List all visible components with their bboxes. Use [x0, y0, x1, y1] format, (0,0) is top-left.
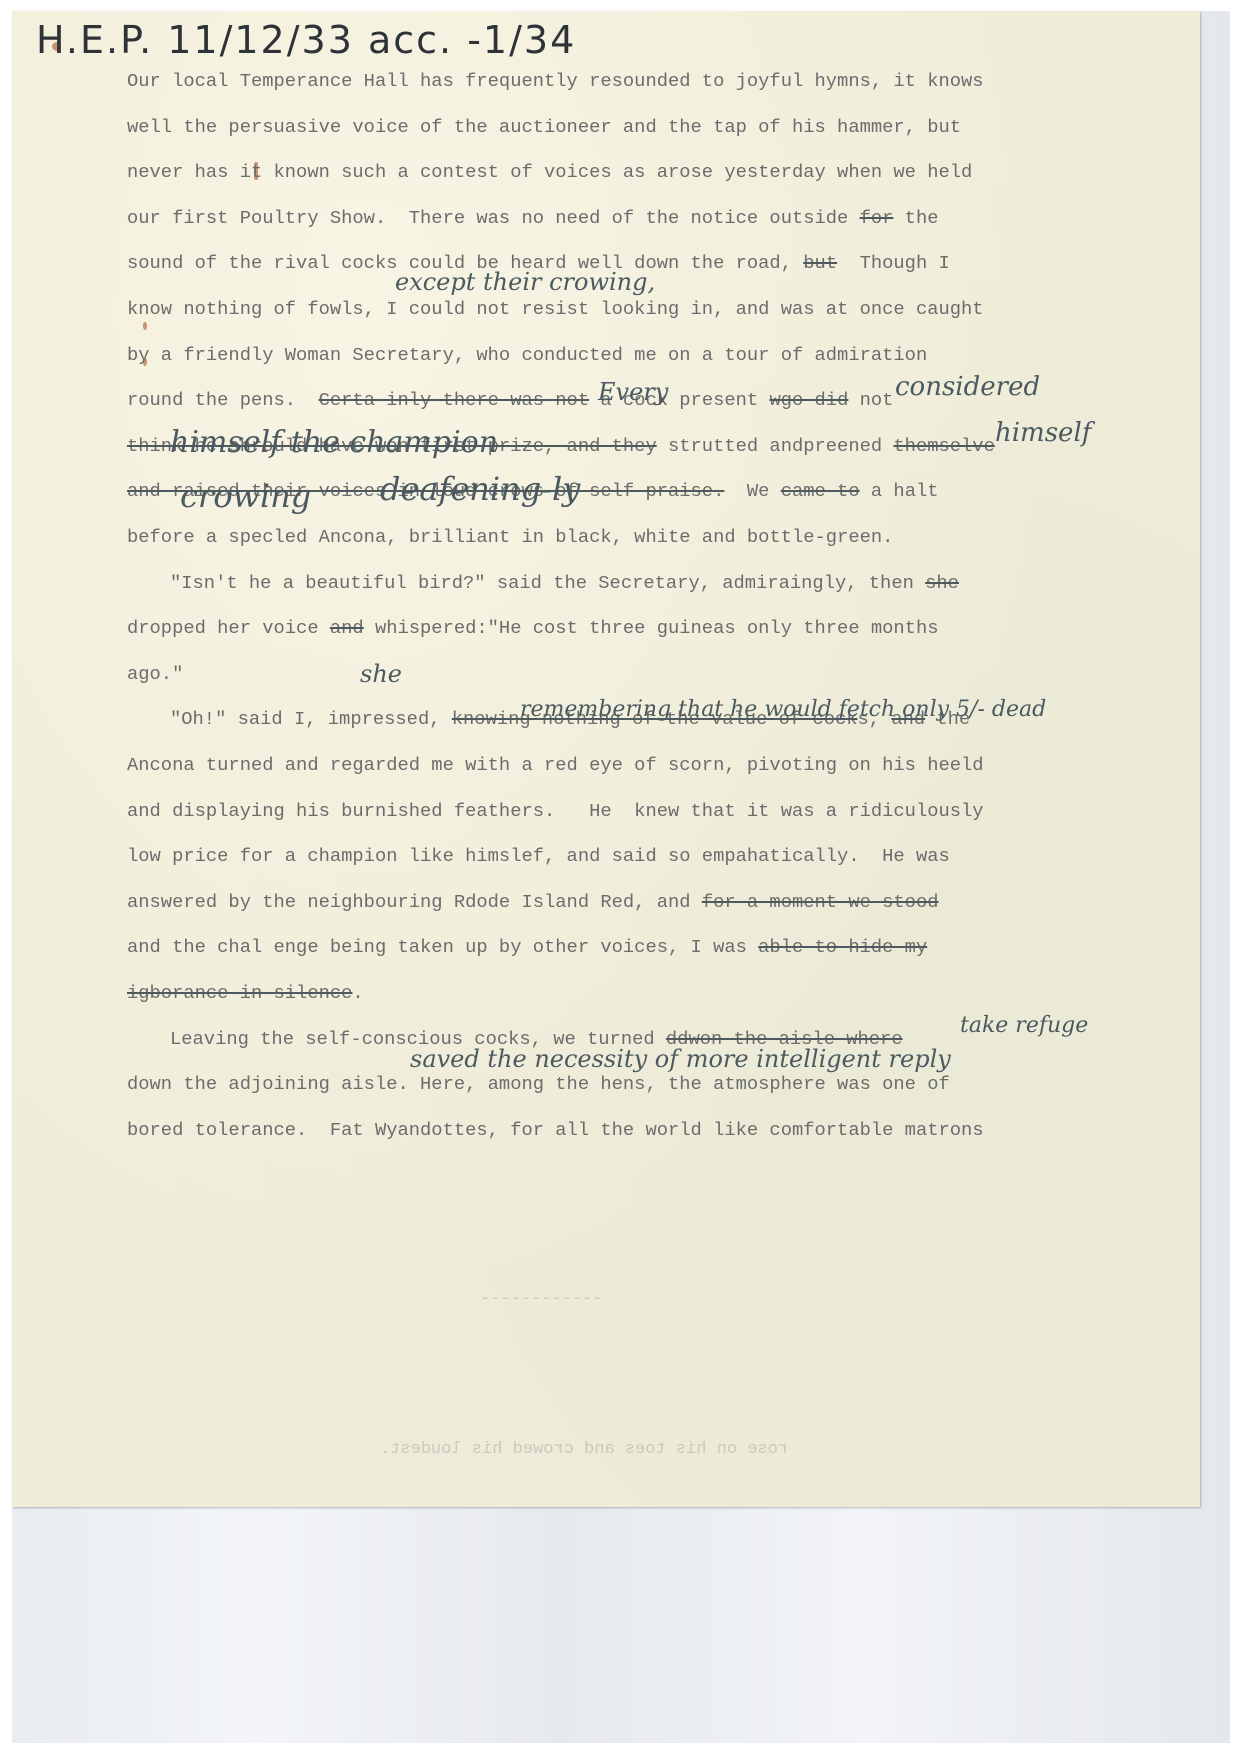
typed-text: . — [352, 982, 363, 1004]
typed-line: well the persuasive voice of the auction… — [127, 116, 961, 138]
typed-line: dropped her voice and whispered:"He cost… — [127, 617, 939, 639]
mirrored-bleed-line: rose on his toes and crowed his loudest. — [380, 1440, 788, 1459]
typed-line: "Isn't he a beautiful bird?" said the Se… — [170, 572, 959, 594]
typed-line: low price for a champion like himslef, a… — [127, 845, 950, 867]
struck-text: Certa inly there was not — [319, 389, 590, 411]
typed-line: and the chal enge being taken up by othe… — [127, 936, 927, 958]
typed-text: our first Poultry Show. There was no nee… — [127, 207, 860, 229]
struck-text: came to — [781, 480, 860, 502]
rust-stain — [143, 322, 147, 330]
typed-line: round the pens. Certa inly there was not… — [127, 389, 893, 411]
typed-line: down the adjoining aisle. Here, among th… — [127, 1073, 950, 1095]
typed-text: strutted andpreened — [657, 435, 894, 457]
typed-text: bored tolerance. Fat Wyandottes, for all… — [127, 1119, 984, 1141]
typed-line: Ancona turned and regarded me with a red… — [127, 754, 984, 776]
handwritten-insertion: she — [360, 660, 402, 688]
typed-text: and the chal enge being taken up by othe… — [127, 936, 758, 958]
typed-line: our first Poultry Show. There was no nee… — [127, 207, 939, 229]
typed-text: by a friendly Woman Secretary, who condu… — [127, 344, 927, 366]
typed-line: ago." — [127, 663, 183, 685]
handwritten-insertion: himself — [995, 418, 1091, 448]
struck-text: able to hide my — [758, 936, 927, 958]
typed-line: know nothing of fowls, I could not resis… — [127, 298, 984, 320]
struck-text: themselve — [893, 435, 994, 457]
handwritten-insertion: crowing — [180, 477, 311, 515]
typed-text: never has it known such a contest of voi… — [127, 161, 972, 183]
typed-line: igborance in silence. — [127, 982, 364, 1004]
struck-text: but — [803, 252, 837, 274]
typed-text: low price for a champion like himslef, a… — [127, 845, 950, 867]
typed-text: Though I — [837, 252, 950, 274]
struck-text: igborance in silence — [127, 982, 352, 1004]
typed-line: and displaying his burnished feathers. H… — [127, 800, 984, 822]
typed-line: answered by the neighbouring Rdode Islan… — [127, 891, 939, 913]
handwritten-insertion: except their crowing, — [395, 268, 655, 296]
mirrored-bleed-line: ------------ — [480, 1290, 602, 1309]
typed-text: "Isn't he a beautiful bird?" said the Se… — [170, 572, 925, 594]
struck-text: she — [925, 572, 959, 594]
typed-text: down the adjoining aisle. Here, among th… — [127, 1073, 950, 1095]
typed-line: before a specled Ancona, brilliant in bl… — [127, 526, 893, 548]
typed-text: well the persuasive voice of the auction… — [127, 116, 961, 138]
typed-text: the — [893, 207, 938, 229]
typed-text: a halt — [860, 480, 939, 502]
typed-text: ago." — [127, 663, 183, 685]
typed-text: We — [724, 480, 780, 502]
struck-text: and — [330, 617, 364, 639]
typed-text: know nothing of fowls, I could not resis… — [127, 298, 984, 320]
typed-line: bored tolerance. Fat Wyandottes, for all… — [127, 1119, 984, 1141]
handwritten-insertion: deafening-ly — [380, 470, 580, 508]
handwritten-insertion: Every — [598, 378, 668, 406]
typed-text: dropped her voice — [127, 617, 330, 639]
struck-text: for — [860, 207, 894, 229]
typed-text: round the pens. — [127, 389, 319, 411]
typed-text: before a specled Ancona, brilliant in bl… — [127, 526, 893, 548]
typed-line: never has it known such a contest of voi… — [127, 161, 972, 183]
handwritten-insertion: himself the champion — [170, 425, 498, 460]
typed-line: Our local Temperance Hall has frequently… — [127, 70, 984, 92]
typed-text: "Oh!" said I, impressed, — [170, 708, 452, 730]
struck-text: for-a-moment-we-stood — [702, 891, 939, 913]
margin-bleed-through-handwriting — [38, 111, 78, 1491]
typed-text: and displaying his burnished feathers. H… — [127, 800, 984, 822]
handwritten-insertion: saved the necessity of more intelligent … — [410, 1045, 951, 1073]
typed-line: by a friendly Woman Secretary, who condu… — [127, 344, 927, 366]
handwritten-insertion: take refuge — [960, 1013, 1088, 1038]
typed-text: whispered:"He cost three guineas only th… — [364, 617, 939, 639]
typed-text: Our local Temperance Hall has frequently… — [127, 70, 984, 92]
struck-text: wgo did — [769, 389, 848, 411]
handwritten-insertion: remembering that he would fetch only 5/-… — [520, 697, 1046, 722]
typed-text: not — [848, 389, 893, 411]
typed-text: Ancona turned and regarded me with a red… — [127, 754, 984, 776]
handwritten-header-annotation: H.E.P. 11/12/33 acc. -1/34 — [36, 18, 576, 62]
typed-text: answered by the neighbouring Rdode Islan… — [127, 891, 702, 913]
handwritten-insertion: considered — [895, 372, 1040, 402]
